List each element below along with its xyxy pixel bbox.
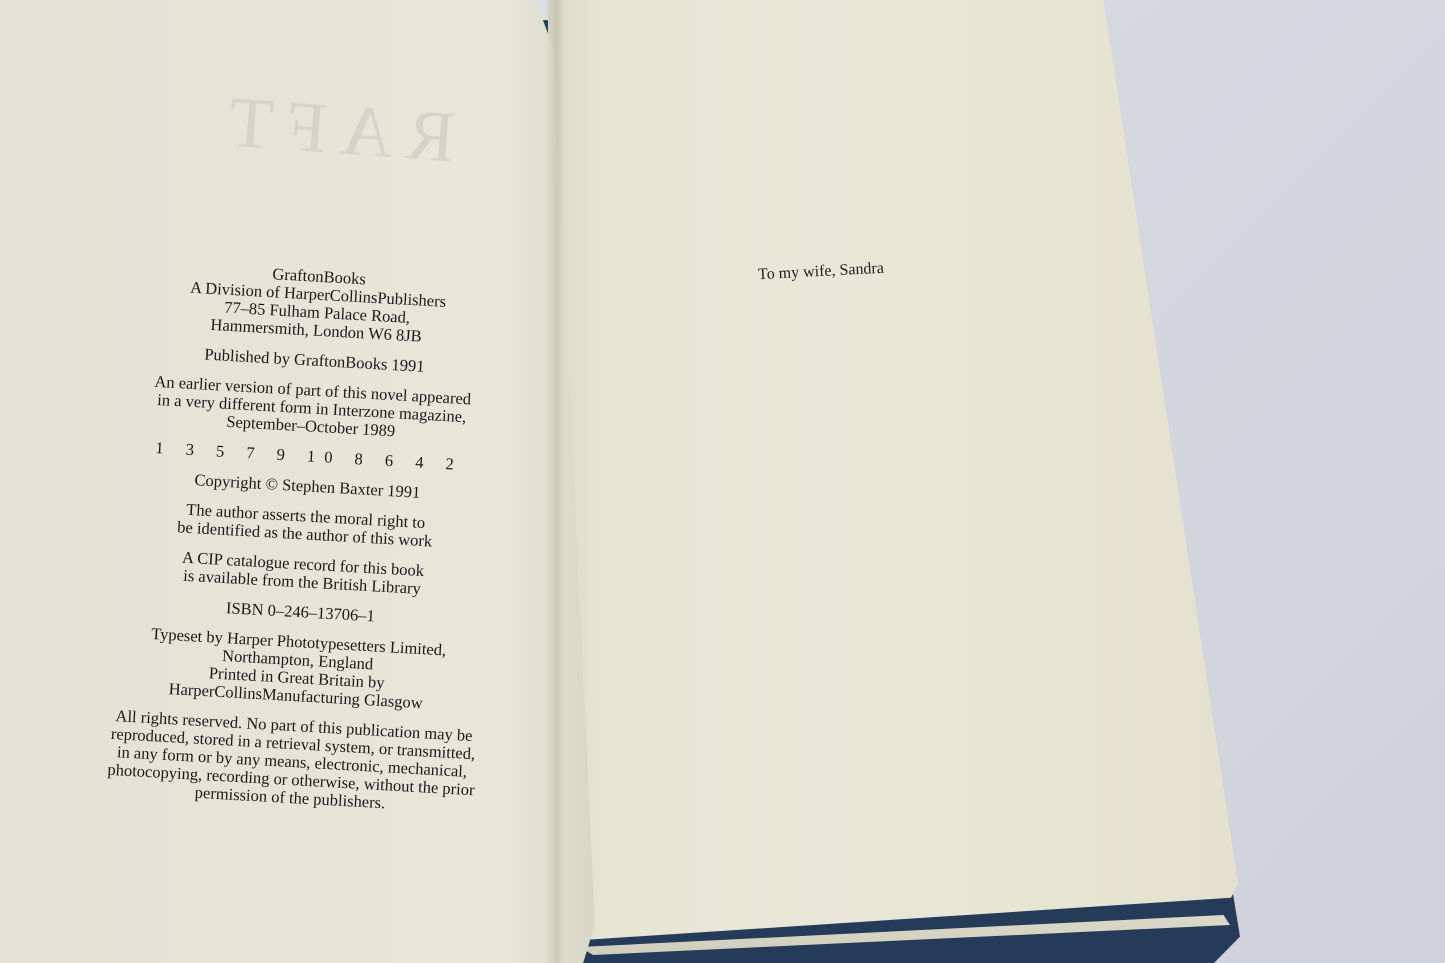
copyright-text-block: GraftonBooks A Division of HarperCollins… [59, 255, 549, 832]
earlier-version-note: An earlier version of part of this novel… [81, 369, 543, 449]
gutter [545, 0, 565, 963]
printing-credits: Typeset by Harper Phototypesetters Limit… [66, 620, 529, 718]
show-through-title: RAFT [212, 80, 457, 180]
rights-reserved: All rights reserved. No part of this pub… [60, 704, 524, 820]
